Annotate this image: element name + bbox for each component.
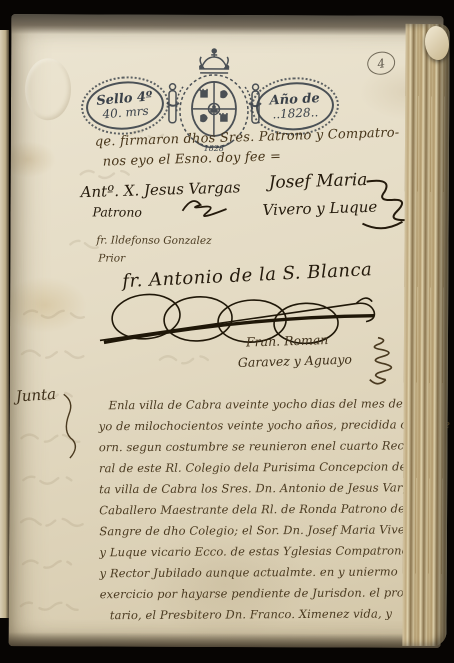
vargas-rubric-icon bbox=[178, 191, 230, 221]
body-line: tario, el Presbitero Dn. Franco. Ximenez… bbox=[100, 603, 446, 626]
stamp-maravedis-label: 40. mrs bbox=[102, 104, 149, 120]
blind-embossed-seal-icon bbox=[25, 58, 71, 120]
body-line: Caballero Maestrante dela Rl. de Ronda P… bbox=[99, 498, 445, 521]
folio-number: 4 bbox=[365, 49, 396, 76]
signature-vivero-line1: Josef Maria bbox=[268, 170, 367, 193]
signature-vargas-title: Patrono bbox=[92, 204, 141, 219]
page-bottom-edge bbox=[9, 632, 441, 648]
stamp-left-oval: Sello 4º 40. mrs bbox=[79, 73, 172, 138]
page-stack-edge bbox=[402, 24, 449, 646]
body-line: y Luque vicario Ecco. de estas Yglesias … bbox=[99, 540, 445, 563]
previous-page-edge bbox=[0, 30, 9, 618]
body-line: exercicio por hayarse pendiente de Juris… bbox=[100, 582, 446, 605]
margin-note-flourish-icon bbox=[50, 391, 85, 463]
signature-prior-title: Prior bbox=[98, 252, 125, 264]
photo-background: Sello 4º 40. mrs Año de ..1828.. bbox=[0, 0, 454, 663]
body-line: Enla villa de Cabra aveinte yocho dias d… bbox=[99, 393, 445, 416]
folio-number-value: 4 bbox=[376, 56, 386, 71]
body-line: yo de milochocientos veinte yocho años, … bbox=[99, 414, 445, 437]
body-line: Sangre de dho Colegio; el Sor. Dn. Josef… bbox=[99, 519, 445, 542]
body-line: orn. segun costumbre se reunieron enel c… bbox=[99, 435, 445, 458]
manuscript-page: Sello 4º 40. mrs Año de ..1828.. bbox=[9, 14, 444, 648]
stamp-year-value: ..1828.. bbox=[272, 106, 318, 121]
stamp-left-oval-ring: Sello 4º 40. mrs bbox=[84, 78, 166, 132]
body-line: ta villa de Cabra los Sres. Dn. Antonio … bbox=[99, 477, 445, 500]
signature-roman-line1: Fran. Roman bbox=[246, 332, 329, 350]
attestation-line-2: nos eyo el Esno. doy fee = bbox=[102, 146, 281, 173]
signature-roman-line2: Garavez y Aguayo bbox=[238, 352, 352, 370]
blanca-flourish-icon bbox=[94, 280, 390, 349]
page-top-grime bbox=[11, 14, 443, 36]
body-text: Enla villa de Cabra aveinte yocho dias d… bbox=[99, 393, 446, 626]
margin-note-junta: Junta bbox=[15, 385, 56, 406]
body-line: ral de este Rl. Colegio dela Purisima Co… bbox=[99, 456, 445, 479]
body-line: y Rector Jubilado aunque actualmte. en y… bbox=[100, 561, 446, 584]
page-corner-curl bbox=[425, 26, 449, 60]
roman-spiral-rubric-icon bbox=[356, 334, 398, 388]
signature-prior-name: fr. Ildefonso Gonzalez bbox=[96, 234, 211, 247]
